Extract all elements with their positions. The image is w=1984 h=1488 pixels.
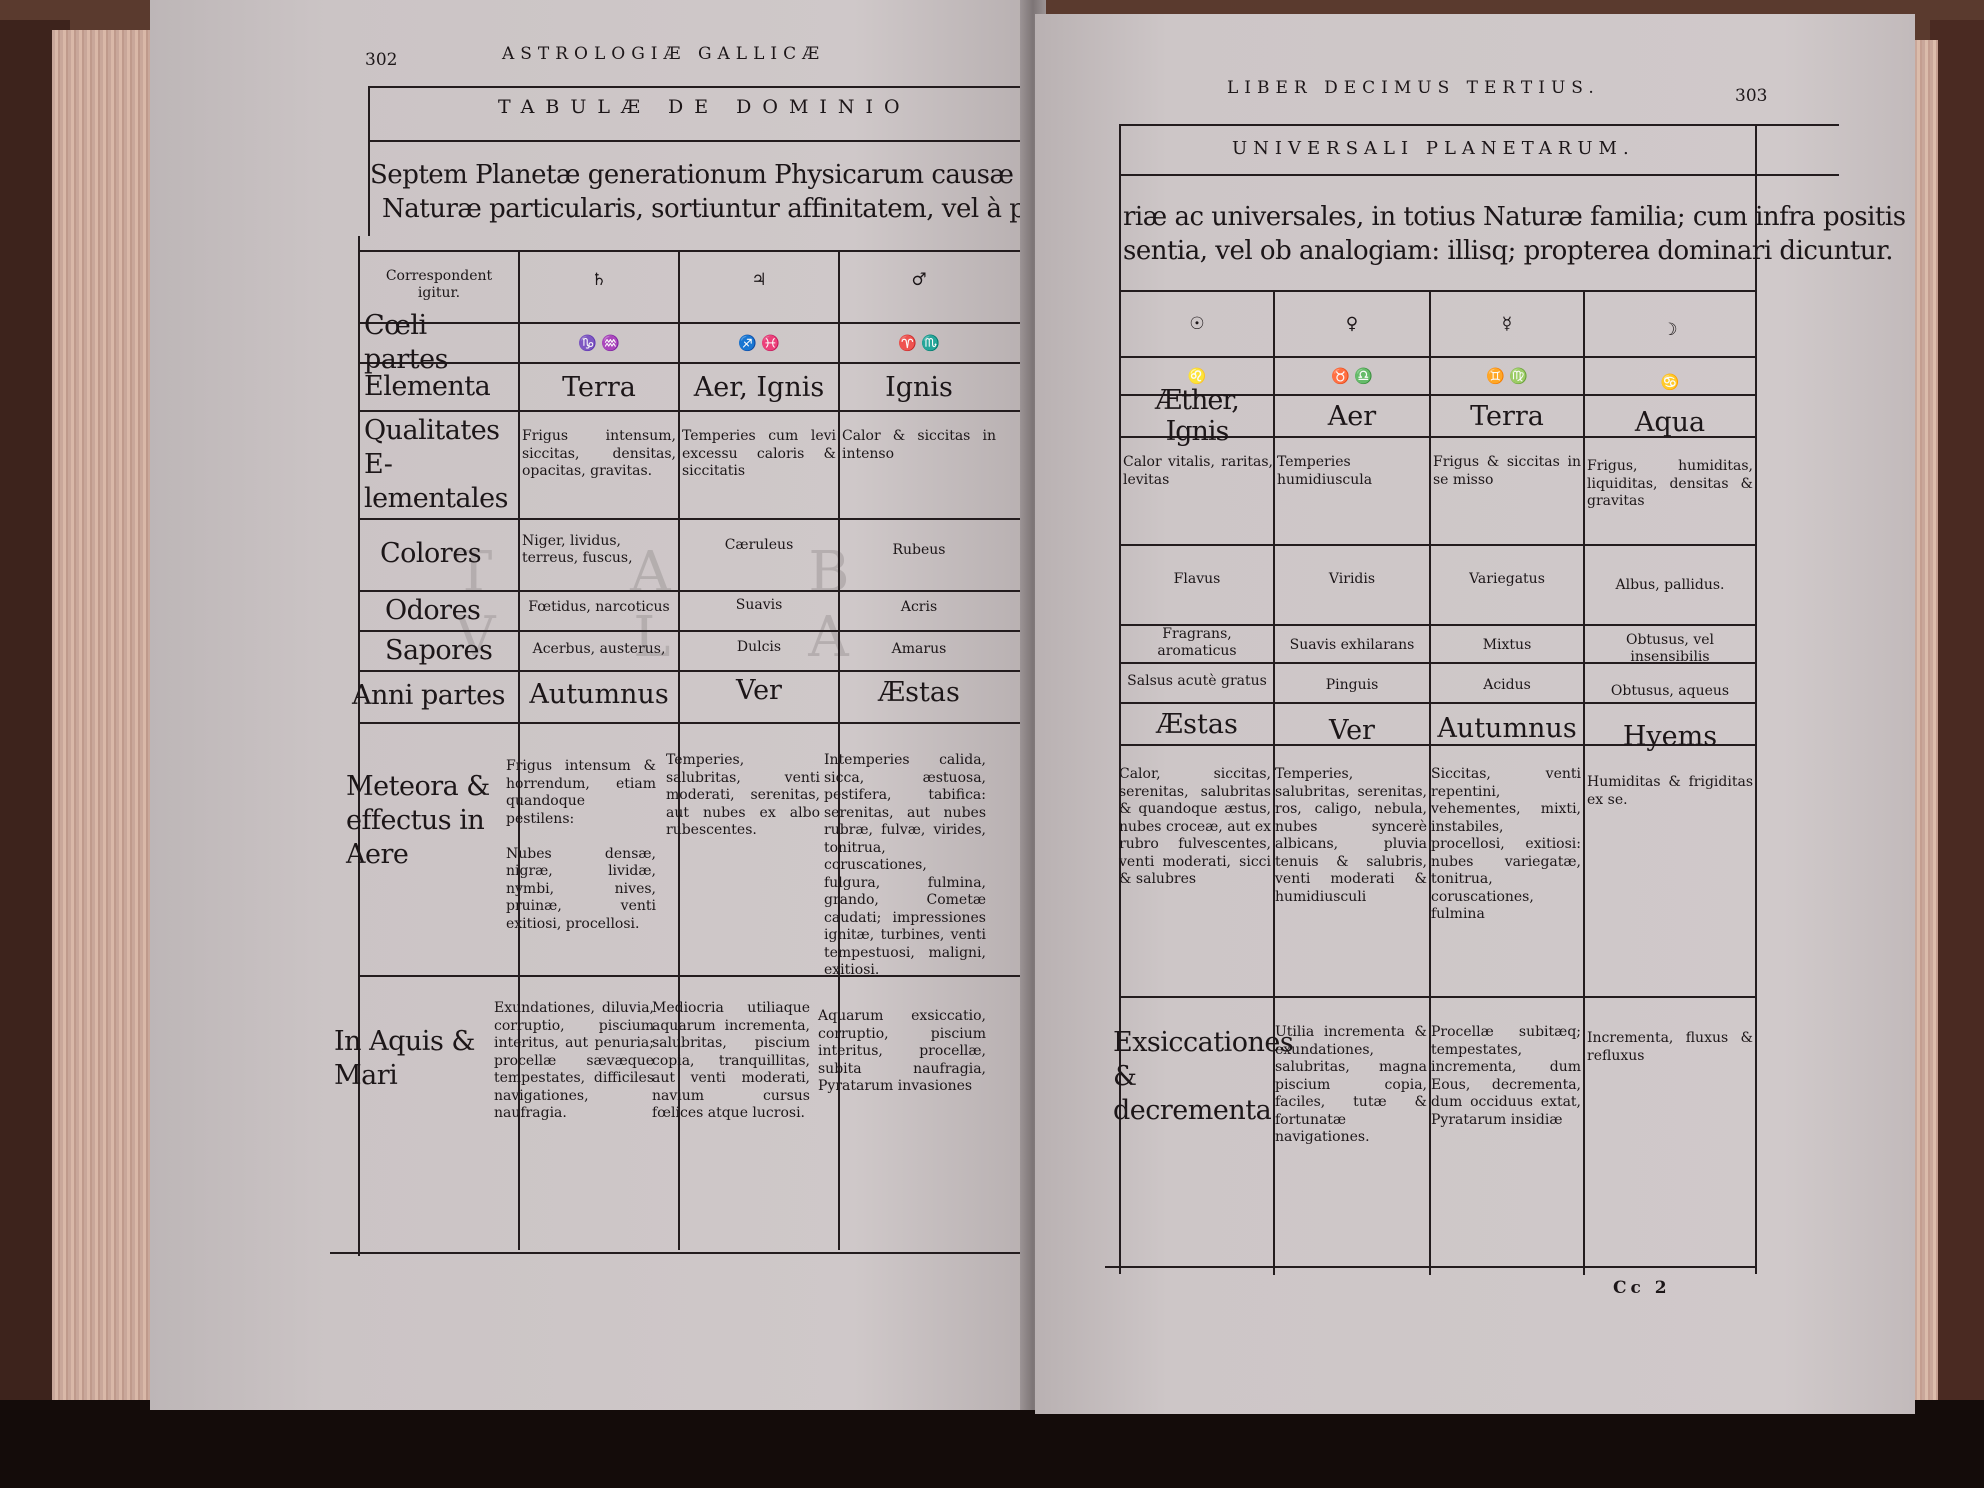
cell-text: Viridis (1275, 564, 1429, 594)
row-label-meteora: Meteora & effectus in Aere (346, 770, 516, 880)
cell-text: Acris (840, 592, 998, 622)
cell-text: Utilia incrementa & exundationes, salubr… (1275, 1024, 1427, 1204)
row-label-odores: Odores (385, 592, 520, 630)
cell-text: Fœtidus, narcoticus (520, 592, 678, 622)
cell-value: Terra (1431, 396, 1583, 436)
running-head: LIBER DECIMUS TERTIUS. (1227, 78, 1600, 98)
cell-text: Suavis (680, 590, 838, 620)
venus-icon: ♀ (1275, 304, 1429, 344)
zodiac-signs-icon: ♐ ♓ (680, 324, 838, 362)
cell-text: Fragrans, aromaticus (1121, 628, 1273, 658)
cell-text: Albus, pallidus. (1585, 570, 1755, 600)
cell-text: Flavus (1121, 564, 1273, 594)
moon-icon: ☽ (1585, 310, 1755, 350)
jupiter-icon: ♃ (680, 255, 838, 305)
zodiac-signs-icon: ♉ ♎ (1275, 358, 1429, 394)
cell-text: Temperies humidiuscula (1277, 454, 1427, 534)
cell-text: Incrementa, fluxus & refluxus (1587, 1030, 1753, 1210)
zodiac-signs-icon: ♈ ♏ (840, 324, 998, 362)
cell-text: Intemperies calida, sicca, æstuosa, pest… (824, 752, 986, 952)
cell-text: Mixtus (1431, 630, 1583, 660)
intro-line-1: Septem Planetæ generationum Physicarum c… (370, 158, 1105, 192)
page-edges-left (52, 30, 162, 1405)
corner-label: Correspondent igitur. (364, 255, 514, 315)
cell-text: Frigus, humiditas, liquiditas, densitas … (1587, 458, 1753, 538)
cell-text: Frigus intensum, siccitas, densitas, opa… (522, 428, 676, 508)
cell-value: Hyems (1585, 716, 1755, 756)
row-label-sapores: Sapores (385, 632, 520, 670)
cell-text: Siccitas, venti repentini, vehementes, m… (1431, 766, 1581, 946)
page-number: 302 (365, 50, 397, 70)
cell-text: Rubeus (840, 520, 998, 580)
mercury-icon: ☿ (1431, 304, 1583, 344)
cell-text: Niger, lividus, terreus, fuscus, (522, 525, 676, 575)
row-label-qualitates: Qualitates E-lementales (364, 420, 518, 510)
row-label-coeli-partes: Cœli partes (364, 324, 518, 362)
cell-value: Aer (1275, 396, 1429, 436)
cell-text: Pinguis (1275, 670, 1429, 700)
rule (1119, 174, 1839, 176)
right-page: LIBER DECIMUS TERTIUS. 303 UNIVERSALI PL… (1035, 14, 1915, 1414)
rule (1755, 124, 1757, 1274)
table-title: TABULÆ DE DOMINIO (498, 96, 911, 118)
cell-value: Ignis (840, 364, 998, 410)
cell-text: Acerbus, austerus, (520, 634, 678, 664)
intro-line-2: sentia, vel ob analogiam: illisq; propte… (1123, 234, 1893, 268)
cell-value: Aer, Ignis (680, 364, 838, 410)
rule (1119, 544, 1755, 546)
cell-text: Calor & siccitas in intenso (842, 428, 996, 508)
intro-line-1: riæ ac universales, in totius Naturæ fam… (1123, 200, 1906, 234)
running-head: ASTROLOGIÆ GALLICÆ (502, 44, 825, 64)
saturn-icon: ♄ (520, 255, 678, 305)
cell-text: Obtusus, aqueus (1585, 676, 1755, 706)
row-label-in-aquis: In Aquis & Mari (334, 1025, 494, 1105)
cell-value: Autumnus (1431, 708, 1583, 748)
cell-text: Humiditas & frigiditas ex se. (1587, 774, 1753, 954)
rule (1105, 1266, 1757, 1268)
cell-text: Amarus (840, 634, 998, 664)
cell-text: Aquarum exsiccatio, corruptio, piscium i… (818, 1008, 986, 1208)
rule (1119, 290, 1755, 292)
cell-text: Exundationes, diluvia, corruptio, pisciu… (494, 1000, 654, 1200)
sun-icon: ☉ (1121, 304, 1273, 344)
row-label-exsiccationes: Exsiccationes & decrementa (1113, 1026, 1273, 1136)
rule (1119, 996, 1755, 998)
zodiac-signs-icon: ♑ ♒ (520, 324, 678, 362)
signature-mark: Cc 2 (1613, 1278, 1671, 1298)
zodiac-signs-icon: ♊ ♍ (1431, 358, 1583, 394)
cell-text: Salsus acutè gratus (1121, 666, 1273, 696)
cell-text: Frigus & siccitas in se misso (1433, 454, 1581, 534)
left-page: 302 ASTROLOGIÆ GALLICÆ T A B V L A TABUL… (150, 0, 1030, 1410)
cell-value: Æstas (840, 670, 998, 714)
cell-text: Obtusus, vel insensibilis (1585, 634, 1755, 664)
rule (1119, 124, 1839, 126)
cell-text: Calor vitalis, raritas, levitas (1123, 454, 1273, 534)
table-title: UNIVERSALI PLANETARUM. (1232, 138, 1635, 159)
cell-value: Æther, Ignis (1121, 396, 1273, 436)
cell-text: Acidus (1431, 670, 1583, 700)
cell-text: Procellæ subitæq; tempestates, increment… (1431, 1024, 1581, 1204)
cell-text: Temperies cum levi excessu caloris & sic… (682, 428, 836, 508)
mars-icon: ♂ (840, 255, 998, 305)
cell-value: Terra (520, 364, 678, 410)
cell-value: Autumnus (520, 672, 678, 716)
zodiac-signs-icon: ♋ (1585, 364, 1755, 400)
cell-text: Cæruleus (680, 520, 838, 570)
cell-text: Temperies, salubritas, venti moderati, s… (666, 752, 820, 952)
row-label-elementa: Elementa (364, 364, 518, 410)
cell-text: Frigus intensum & horrendum, etiam quand… (506, 758, 656, 958)
cell-value: Æstas (1121, 704, 1273, 744)
cell-text: Suavis exhilarans (1275, 630, 1429, 660)
cell-text: Calor, siccitas, serenitas, salubritas &… (1119, 766, 1271, 946)
row-label-colores: Colores (380, 520, 520, 588)
row-label-anni-partes: Anni partes (352, 672, 522, 720)
cell-text: Variegatus (1431, 564, 1583, 594)
cell-value: Ver (1275, 710, 1429, 750)
cell-text: Temperies, salubritas, serenitas, ros, c… (1275, 766, 1427, 946)
cell-value: Aqua (1585, 402, 1755, 442)
book-cover-right (1930, 20, 1984, 1410)
page-number: 303 (1735, 86, 1767, 106)
cell-text: Dulcis (680, 632, 838, 662)
cell-value: Ver (680, 668, 838, 712)
cell-text: Mediocria utiliaque aquarum incrementa, … (652, 1000, 810, 1200)
